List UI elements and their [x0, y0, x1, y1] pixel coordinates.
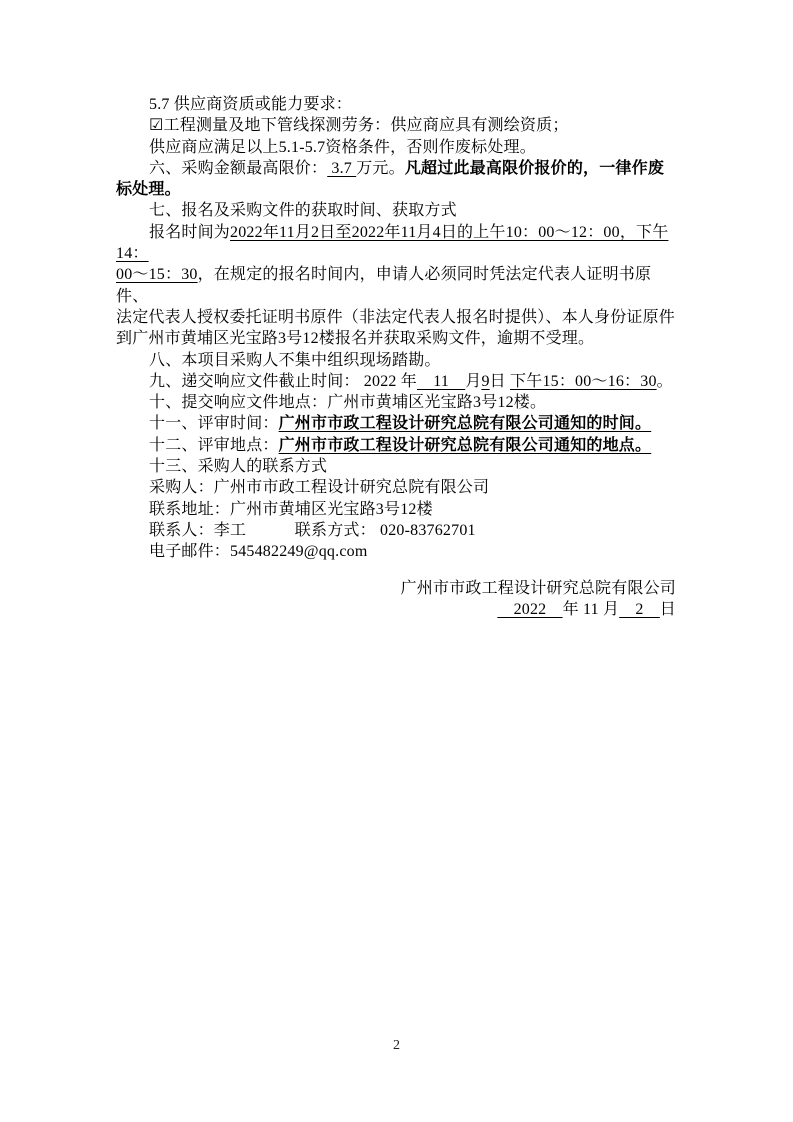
clause-qualification-note: 供应商应满足以上5.1-5.7资格条件，否则作废标处理。: [116, 137, 680, 158]
underlined-run-price: 3.7: [327, 160, 356, 177]
signature-company: 广州市市政工程设计研究总院有限公司: [116, 578, 680, 599]
contact-address: 联系地址：广州市黄埔区光宝路3号12楼: [116, 499, 680, 520]
bold-run-warning-cont: 标处理。: [116, 181, 181, 198]
text-run: 九、递交响应文件截止时间： 2022 年: [149, 373, 417, 390]
text-run: 广州市市政工程设计研究总院有限公司: [401, 580, 676, 597]
clause-10-location: 十、提交响应文件地点：广州市黄埔区光宝路3号12楼。: [116, 392, 680, 413]
clause-12-review-place: 十二、评审地点：广州市市政工程设计研究总院有限公司通知的地点。: [116, 435, 680, 456]
text-run: 5.7 供应商资质或能力要求：: [149, 96, 352, 113]
clause-7-body-line4: 到广州市黄埔区光宝路3号12楼报名并获取采购文件，逾期不受理。: [116, 328, 680, 349]
text-run: 六、采购金额最高限价：: [149, 160, 327, 177]
text-run: 电子邮件：545482249@qq.com: [149, 543, 367, 560]
underlined-run-time-range: 下午15：00～16：30: [510, 373, 657, 390]
page-number: 2: [0, 1038, 793, 1054]
text-run: 八、本项目采购人不集中组织现场踏勘。: [149, 352, 441, 369]
contact-email: 电子邮件：545482249@qq.com: [116, 541, 680, 562]
contact-purchaser: 采购人：广州市市政工程设计研究总院有限公司: [116, 477, 680, 498]
clause-5-7-heading: 5.7 供应商资质或能力要求：: [116, 94, 680, 115]
underlined-run-time: 00～15：30: [116, 266, 198, 283]
clause-6-continuation: 标处理。: [116, 179, 680, 200]
text-run: 十一、评审时间：: [149, 415, 279, 432]
clause-7-body-line2: 00～15：30，在规定的报名时间内，申请人必须同时凭法定代表人证明书原件、: [116, 264, 680, 307]
text-run: 联系人：李工 联系方式： 020-83762701: [149, 522, 476, 539]
text-run: 法定代表人授权委托证明书原件（非法定代表人报名时提供）、本人身份证原件: [116, 309, 675, 326]
text-run: 十、提交响应文件地点：广州市黄埔区光宝路3号12楼。: [149, 394, 546, 411]
clause-7-heading: 七、报名及采购文件的获取时间、获取方式: [116, 200, 680, 221]
underlined-run-day: 9: [481, 373, 489, 390]
bold-underlined-run-review-place: 广州市市政工程设计研究总院有限公司通知的地点。: [279, 437, 652, 454]
text-run: 年 11 月: [563, 601, 620, 618]
clause-13-contact-heading: 十三、采购人的联系方式: [116, 456, 680, 477]
text-run: 工程测量及地下管线探测劳务：供应商应具有测绘资质；: [164, 117, 569, 134]
text-run: 月: [465, 373, 481, 390]
bold-run-warning: 凡超过此最高限价报价的，一律作废: [405, 160, 664, 177]
underlined-run-month: 11: [417, 373, 465, 390]
text-run: 供应商应满足以上5.1-5.7资格条件，否则作废标处理。: [149, 139, 536, 156]
text-run: 万元。: [356, 160, 405, 177]
text-run: 。: [657, 373, 673, 390]
clause-7-body-line3: 法定代表人授权委托证明书原件（非法定代表人报名时提供）、本人身份证原件: [116, 307, 680, 328]
checked-checkbox-icon: ☑: [149, 117, 164, 134]
text-run: 七、报名及采购文件的获取时间、获取方式: [149, 202, 457, 219]
clause-9-deadline: 九、递交响应文件截止时间： 2022 年 11 月9日 下午15：00～16：3…: [116, 371, 680, 392]
signature-date: 2022 年 11 月 2 日: [116, 599, 680, 620]
clause-8-site-visit: 八、本项目采购人不集中组织现场踏勘。: [116, 350, 680, 371]
document-body: 5.7 供应商资质或能力要求： ☑工程测量及地下管线探测劳务：供应商应具有测绘资…: [116, 94, 680, 620]
text-run: 十三、采购人的联系方式: [149, 458, 327, 475]
clause-check-item: ☑工程测量及地下管线探测劳务：供应商应具有测绘资质；: [116, 115, 680, 136]
text-run: 日: [660, 601, 676, 618]
bold-underlined-run-review-time: 广州市市政工程设计研究总院有限公司通知的时间。: [279, 415, 652, 432]
clause-7-body-line1: 报名时间为2022年11月2日至2022年11月4日的上午10：00～12：00…: [116, 222, 680, 265]
text-run: 联系地址：广州市黄埔区光宝路3号12楼: [149, 501, 433, 518]
clause-6-price-limit: 六、采购金额最高限价： 3.7 万元。凡超过此最高限价报价的，一律作废: [116, 158, 680, 179]
document-page: 5.7 供应商资质或能力要求： ☑工程测量及地下管线探测劳务：供应商应具有测绘资…: [0, 0, 793, 1122]
clause-11-review-time: 十一、评审时间：广州市市政工程设计研究总院有限公司通知的时间。: [116, 413, 680, 434]
text-run: 采购人：广州市市政工程设计研究总院有限公司: [149, 479, 489, 496]
underlined-run-year: 2022: [497, 601, 562, 618]
contact-person-phone: 联系人：李工 联系方式： 020-83762701: [116, 520, 680, 541]
text-run: 日: [490, 373, 510, 390]
text-run: 报名时间为: [149, 224, 230, 241]
text-run: 十二、评审地点：: [149, 437, 279, 454]
underlined-run-date-day: 2: [619, 601, 660, 618]
text-run: 到广州市黄埔区光宝路3号12楼报名并获取采购文件，逾期不受理。: [116, 330, 594, 347]
